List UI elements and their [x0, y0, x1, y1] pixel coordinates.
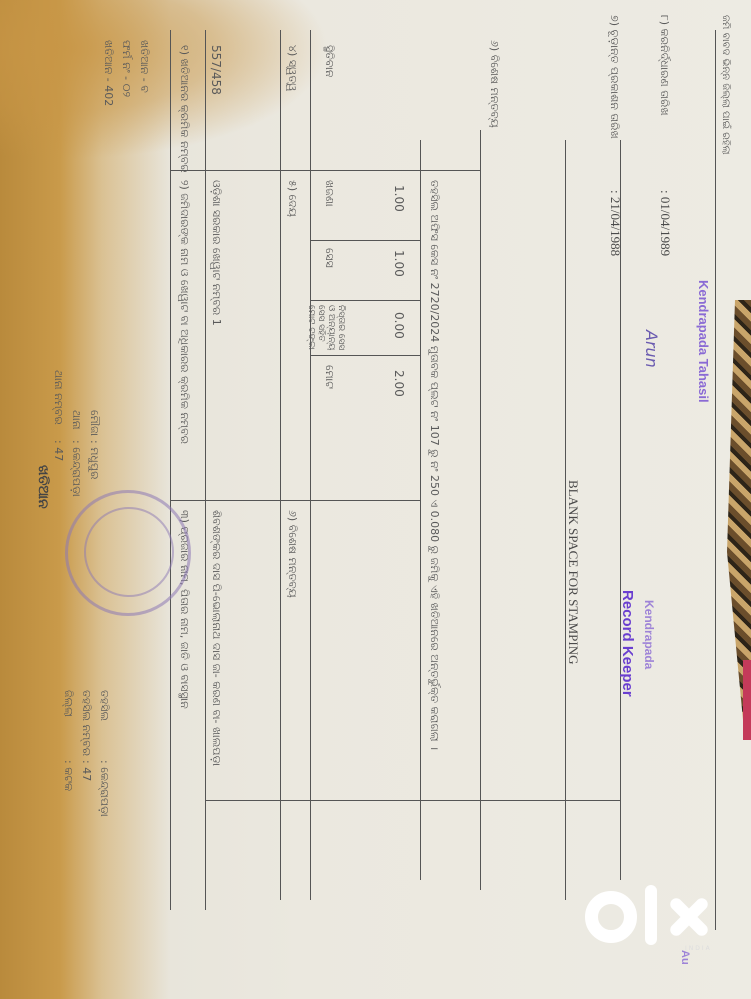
- mouza-label: ମୌଜା: [87, 410, 101, 436]
- col6-header: ୬) ବିଶେଷ ମନ୍ତବ୍ୟ: [285, 510, 299, 598]
- thana-label: ଥାନା: [69, 410, 83, 430]
- tahasildar-seal: [65, 490, 191, 616]
- col5-sub-khajana: ଖଜଣା: [322, 180, 336, 207]
- tahasil-value: : କେନ୍ଦ୍ରାପଡ଼ା: [97, 760, 111, 817]
- col5-value-other: 0.00: [392, 312, 406, 339]
- blank-space-stamping-label: BLANK SPACE FOR STAMPING: [565, 480, 581, 665]
- document-photo: ଖତିଆନ - ବ ଫର୍ମ ନଂ - ୦୨ ଖତିଆନ - 402 ଖତିଆନ…: [0, 0, 751, 999]
- olx-logo-l: [645, 885, 657, 945]
- col5-sub-cess: ସେସ: [322, 248, 336, 268]
- record-keeper-location: Kendrapada: [642, 600, 656, 669]
- col5-sub-other: ନିସ୍ତାର ସେସ ଓ ଅନ୍ୟାନ୍ୟ ସେସ ସହିତ ମୋଟ ଟଙ୍କ…: [306, 305, 346, 355]
- col5-value-total: 2.00: [392, 370, 406, 397]
- olx-india-label: INDIA: [685, 945, 712, 952]
- header-side-line2: ଫର୍ମ ନଂ - ୦୨: [119, 40, 133, 97]
- table-col-line: [311, 170, 481, 171]
- table-row-line: [280, 30, 281, 900]
- col8-value: : 01/04/1989: [657, 190, 673, 256]
- tahasil-stamp: Kendrapada Tahasil: [696, 280, 711, 403]
- col1-value: 557/458: [209, 45, 223, 95]
- olx-watermark: INDIA: [585, 885, 715, 955]
- table-col-line: [171, 500, 421, 501]
- rotated-document: ଖତିଆନ - ବ ଫର୍ମ ନଂ - ୦୨ ଖତିଆନ - 402 ଖତିଆନ…: [0, 0, 751, 999]
- table-col-line: [206, 800, 621, 801]
- header-side-line3: ଖତିଆନ - 402: [101, 40, 115, 106]
- footer-strip: ଜମି ବାବଦ ଭିନ୍ନ ଜିଲ୍ଲା ପାଇଁ ରହିଲା: [720, 15, 731, 155]
- col4-header: ୪) ସ୍ୱତ୍ୱ: [285, 45, 299, 91]
- record-keeper-stamp: Record Keeper: [619, 590, 636, 697]
- tahasil-no-label: ତହସିଲ ନମ୍ବର: [79, 690, 93, 756]
- thana-no-label: ଥାନା ନମ୍ବର: [51, 370, 65, 425]
- table-col-line: [311, 355, 421, 356]
- col6-note: ୬) ବିଶେଷ ମନ୍ତବ୍ୟ: [487, 40, 501, 128]
- tahasil-label: ତହସିଲ: [97, 690, 111, 721]
- col3-value: ଶିବଶଙ୍କର ଦାସ ପି-ଭୋଲାନାଥ ଦାସ ଜା- କରଣ ବା- …: [209, 510, 223, 766]
- district-value: : କଟକ: [61, 760, 75, 791]
- tahasil-no-value: : 47: [80, 760, 93, 781]
- col1-header: ୧) ଖତିଆନର କ୍ରମିକ ନମ୍ବର: [177, 45, 191, 173]
- olx-logo-o: [585, 891, 637, 943]
- table-col-line: [311, 240, 421, 241]
- thana-value: : କେନ୍ଦ୍ରାପଡ଼ା: [69, 440, 83, 497]
- col8-header: ୮) କରନିର୍ଦ୍ଧାରଣ ତାରିଖ: [657, 15, 671, 116]
- col2-value: ଓଡ଼ିଶା ସରକାର ଖେୱାଟ ନମ୍ବର 1: [209, 180, 223, 326]
- table-col-line: [311, 300, 421, 301]
- col7-header: ୭) ଚୂଡ଼ାନ୍ତ ପ୍ରକାଶନ ତାରିଖ: [607, 15, 621, 139]
- table-row-line: [205, 30, 206, 910]
- col5-sub-total: ମୋଟ: [322, 365, 336, 389]
- col5-value-cess: 1.00: [392, 250, 406, 277]
- table-row-line: [310, 30, 311, 900]
- col7-value: : 21/04/1988: [607, 190, 623, 256]
- col5-header: ୫) ଦେୟ: [285, 180, 299, 217]
- table-top-border: [170, 30, 171, 910]
- mouza-value: : ମଧୁପୁର: [87, 440, 101, 479]
- table-row-line: [420, 140, 421, 880]
- table-col-line: [171, 170, 311, 171]
- header-side-line1: ଖତିଆନ - ବ: [137, 40, 151, 93]
- table-row-line: [480, 130, 481, 890]
- remarks-text: ତହସିଲ ଅଫିସ କେସ ନଂ 2720/2024 ମୁତାବକ ପ୍ଲଟ …: [427, 180, 441, 750]
- document-title: ଖତିଆନ: [35, 465, 51, 509]
- col2-header: ୨) ଜମିଦାରଙ୍କ ନାମ ଓ ଖେୱାଟ ବା ଅଧିକାରର କ୍ରମ…: [177, 180, 191, 444]
- thana-no-value: : 47: [52, 440, 65, 461]
- col4-value: ସ୍ଥିତିବାନ: [322, 45, 336, 77]
- signature: Arun: [642, 330, 661, 368]
- district-label: ଜିଲ୍ଲା: [61, 690, 75, 717]
- seal-emblem: [84, 507, 174, 597]
- col5-value-khajana: 1.00: [392, 185, 406, 212]
- footer-border: [715, 30, 716, 930]
